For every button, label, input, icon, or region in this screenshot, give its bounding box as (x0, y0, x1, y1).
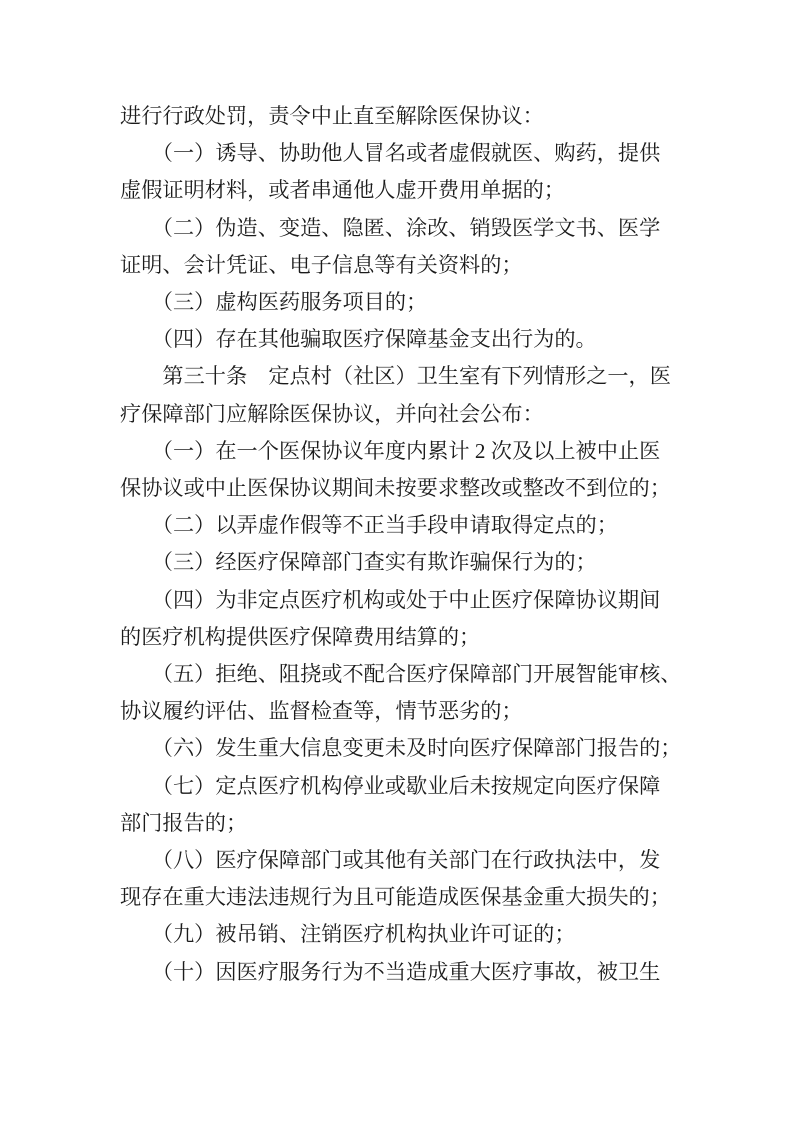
text-line: （八）医疗保障部门或其他有关部门在行政执法中，发 (120, 842, 674, 879)
text-line: （二）以弄虚作假等不正当手段申请取得定点的； (120, 507, 674, 544)
text-line: （三）虚构医药服务项目的； (120, 284, 674, 321)
text-line: （九）被吊销、注销医疗机构执业许可证的； (120, 916, 674, 953)
text-line: 保协议或中止医保协议期间未按要求整改或整改不到位的； (120, 470, 674, 507)
paragraph-continuation: 进行行政处罚，责令中止直至解除医保协议： (120, 98, 674, 135)
paragraph-article30-item-3: （三）经医疗保障部门查实有欺诈骗保行为的； (120, 544, 674, 581)
document-page: 进行行政处罚，责令中止直至解除医保协议： （一）诱导、协助他人冒名或者虚假就医、… (0, 0, 793, 1122)
paragraph-article30-item-5: （五）拒绝、阻挠或不配合医疗保障部门开展智能审核、 协议履约评估、监督检查等，情… (120, 656, 674, 730)
text-line: 虚假证明材料，或者串通他人虚开费用单据的； (120, 172, 674, 209)
paragraph-item-1: （一）诱导、协助他人冒名或者虚假就医、购药，提供 虚假证明材料，或者串通他人虚开… (120, 135, 674, 209)
paragraph-article30-item-1: （一）在一个医保协议年度内累计 2 次及以上被中止医 保协议或中止医保协议期间未… (120, 433, 674, 507)
text-line: （十）因医疗服务行为不当造成重大医疗事故，被卫生 (120, 954, 674, 991)
text-line: 协议履约评估、监督检查等，情节恶劣的； (120, 693, 674, 730)
text-line: （四）为非定点医疗机构或处于中止医疗保障协议期间 (120, 582, 674, 619)
text-line: （六）发生重大信息变更未及时向医疗保障部门报告的； (120, 730, 674, 767)
paragraph-item-2: （二）伪造、变造、隐匿、涂改、销毁医学文书、医学 证明、会计凭证、电子信息等有关… (120, 210, 674, 284)
text-line: （四）存在其他骗取医疗保障基金支出行为的。 (120, 321, 674, 358)
paragraph-article30-item-9: （九）被吊销、注销医疗机构执业许可证的； (120, 916, 674, 953)
text-line: （二）伪造、变造、隐匿、涂改、销毁医学文书、医学 (120, 210, 674, 247)
document-text-block: 进行行政处罚，责令中止直至解除医保协议： （一）诱导、协助他人冒名或者虚假就医、… (120, 98, 674, 991)
paragraph-article30-item-2: （二）以弄虚作假等不正当手段申请取得定点的； (120, 507, 674, 544)
text-line: 证明、会计凭证、电子信息等有关资料的； (120, 247, 674, 284)
paragraph-item-3: （三）虚构医药服务项目的； (120, 284, 674, 321)
text-line: （三）经医疗保障部门查实有欺诈骗保行为的； (120, 544, 674, 581)
text-line: （一）诱导、协助他人冒名或者虚假就医、购药，提供 (120, 135, 674, 172)
text-line: 现存在重大违法违规行为且可能造成医保基金重大损失的； (120, 879, 674, 916)
text-line: 疗保障部门应解除医保协议，并向社会公布： (120, 396, 674, 433)
text-line: （一）在一个医保协议年度内累计 2 次及以上被中止医 (120, 433, 674, 470)
text-line: 第三十条 定点村（社区）卫生室有下列情形之一，医 (120, 358, 674, 395)
text-line: 进行行政处罚，责令中止直至解除医保协议： (120, 98, 674, 135)
paragraph-article30-item-4: （四）为非定点医疗机构或处于中止医疗保障协议期间 的医疗机构提供医疗保障费用结算… (120, 582, 674, 656)
text-line: 部门报告的； (120, 805, 674, 842)
paragraph-article-30: 第三十条 定点村（社区）卫生室有下列情形之一，医 疗保障部门应解除医保协议，并向… (120, 358, 674, 432)
text-line: （五）拒绝、阻挠或不配合医疗保障部门开展智能审核、 (120, 656, 674, 693)
paragraph-article30-item-8: （八）医疗保障部门或其他有关部门在行政执法中，发 现存在重大违法违规行为且可能造… (120, 842, 674, 916)
text-line: 的医疗机构提供医疗保障费用结算的； (120, 619, 674, 656)
paragraph-article30-item-10: （十）因医疗服务行为不当造成重大医疗事故，被卫生 (120, 954, 674, 991)
paragraph-article30-item-6: （六）发生重大信息变更未及时向医疗保障部门报告的； (120, 730, 674, 767)
paragraph-item-4: （四）存在其他骗取医疗保障基金支出行为的。 (120, 321, 674, 358)
paragraph-article30-item-7: （七）定点医疗机构停业或歇业后未按规定向医疗保障 部门报告的； (120, 768, 674, 842)
text-line: （七）定点医疗机构停业或歇业后未按规定向医疗保障 (120, 768, 674, 805)
